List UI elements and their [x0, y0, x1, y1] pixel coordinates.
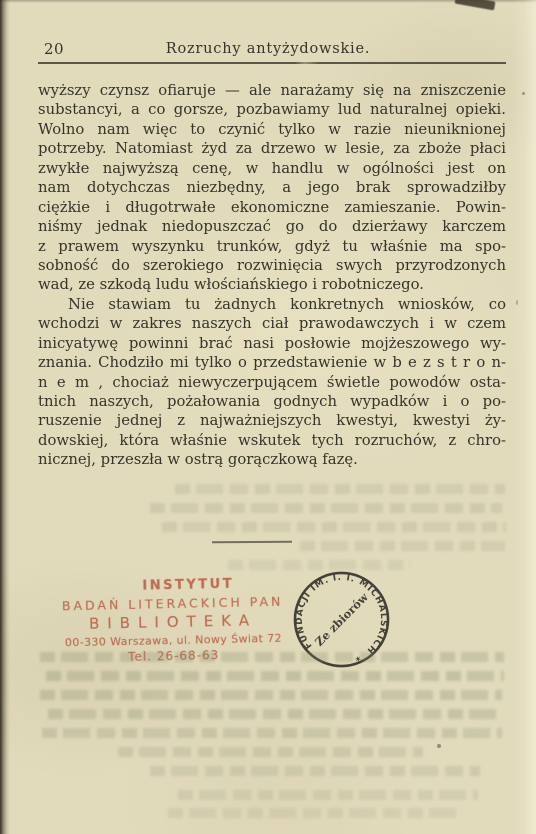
text-line: zwykłe najwyższą cenę, w handlu w ogólno…	[38, 159, 506, 178]
text-line: n e m , chociaż niewyczerpującem świetle…	[38, 373, 506, 392]
text-line: ruszenie jednej z najważniejszych kwesty…	[38, 411, 506, 430]
bleedthrough-line	[118, 747, 423, 757]
text-line: tnich naszych, pożałowania godnych wypad…	[38, 392, 506, 411]
text-line: niśmy jednak niedopuszczać go do dzierża…	[38, 217, 506, 236]
text-line: wchodzi w zakres naszych ciał prawodawcz…	[38, 314, 506, 333]
running-title: Rozruchy antyżydowskie.	[0, 41, 536, 57]
body-text: wyższy czynsz ofiaruje — ale narażamy si…	[38, 81, 506, 470]
bleedthrough-line	[175, 484, 505, 494]
bleedthrough-line	[300, 541, 505, 551]
text-line: potrzeby. Natomiast żyd za drzewo w lesi…	[38, 139, 506, 158]
scanned-book-page: 20 Rozruchy antyżydowskie. wyższy czynsz…	[0, 0, 536, 834]
text-line: nicznej, przeszła w ostrą gorączkową faz…	[38, 450, 506, 469]
bleedthrough-line	[178, 790, 478, 800]
text-line: ciężkie i długotrwałe ekonomiczne zamies…	[38, 198, 506, 217]
pencil-mark-line	[212, 541, 292, 543]
paper-speck	[516, 300, 518, 305]
bleedthrough-line	[150, 766, 480, 776]
bleedthrough-line	[150, 503, 502, 513]
text-line: Wolno nam więc to czynić tylko w razie n…	[38, 120, 506, 139]
header-rule	[38, 62, 506, 64]
bleedthrough-line	[48, 709, 503, 719]
library-stamp-institute: INSTYTUT	[68, 575, 308, 595]
bleedthrough-line	[228, 560, 410, 570]
scan-corner-mark	[455, 0, 496, 10]
text-line: substancyi, a co gorsze, pozbawiamy lud …	[38, 100, 506, 119]
text-line: Nie stawiam tu żadnych konkretnych wnios…	[38, 295, 506, 314]
paper-speck	[522, 92, 525, 95]
bleedthrough-line	[42, 728, 502, 738]
text-line: wyższy czynsz ofiaruje — ale narażamy si…	[38, 81, 506, 100]
scan-edge-left	[0, 0, 10, 834]
text-line: nam dotychczas niezbędny, a jego brak sp…	[38, 178, 506, 197]
bleedthrough-line	[162, 522, 506, 532]
bleedthrough-line	[40, 652, 504, 662]
text-line: wad, ze szkodą ludu włościańskiego i rob…	[38, 275, 506, 294]
text-line: znania. Chodziło mi tylko o przedstawien…	[38, 353, 506, 372]
text-line: dowskiej, która właśnie wskutek tych roz…	[38, 431, 506, 450]
round-collection-stamp: FUNDACJI IM. I. I. MICHALSKICH✶ Ze zbior…	[271, 549, 411, 689]
paper-speck	[437, 744, 441, 748]
text-line: z prawem wyszynku trunków, gdyż tu właśn…	[38, 237, 506, 256]
library-stamp-library: BIBLIOTEKA	[53, 610, 293, 633]
bleedthrough-line	[46, 671, 504, 681]
text-line: sobność do szerokiego rozwinięcia swych …	[38, 256, 506, 275]
text-line: inicyatywę powinni brać nasi posłowie mo…	[38, 334, 506, 353]
scan-edge-right	[512, 0, 536, 834]
stamp-center-text: Ze zbiorów	[312, 589, 372, 649]
bleedthrough-line	[40, 690, 502, 700]
round-stamp-graphic: FUNDACJI IM. I. I. MICHALSKICH✶ Ze zbior…	[271, 549, 411, 689]
bleedthrough-line	[168, 808, 460, 818]
